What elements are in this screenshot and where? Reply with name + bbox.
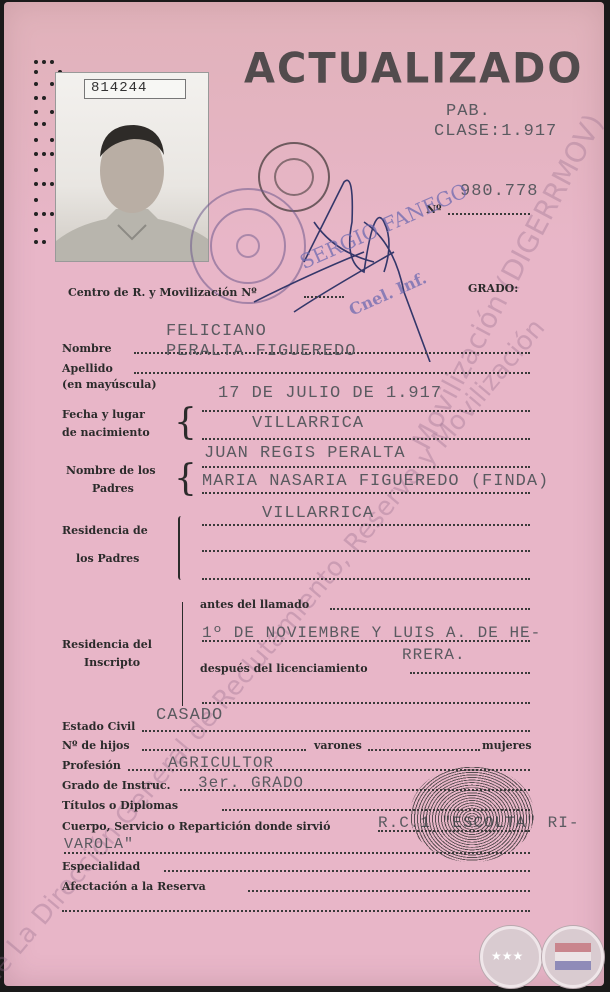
antes-label: antes del llamado <box>200 598 309 611</box>
varones-label: varones <box>314 739 362 752</box>
apellido-value: PERALTA FIGUEREDO <box>166 342 356 361</box>
padre-value: JUAN REGIS PERALTA <box>204 444 406 463</box>
actualizado-stamp: ACTUALIZADO <box>244 45 583 93</box>
residencia-inscripto-label-1: Residencia del <box>62 638 152 651</box>
hijos-dotted-line <box>142 749 306 751</box>
registration-number: 980.778 <box>460 182 538 201</box>
numero-dotted-line <box>448 213 530 215</box>
nacimiento-brace: { <box>174 402 197 443</box>
afectacion-dotted-line <box>248 890 530 892</box>
army-emblem-icon: ★★★ <box>480 926 542 988</box>
despues-label: después del licenciamiento <box>200 662 368 675</box>
nacimiento-label-2: de nacimiento <box>62 426 150 439</box>
madre-value: MARIA NASARIA FIGUEREDO (FINDA) <box>202 472 549 491</box>
photo-id-label: 814244 <box>84 79 186 99</box>
titulos-label: Títulos o Diplomas <box>62 799 178 812</box>
apellido-dotted-line <box>134 372 530 374</box>
residencia-padres-label-1: Residencia de <box>62 524 148 537</box>
cuerpo-label: Cuerpo, Servicio o Repartición donde sir… <box>62 820 330 833</box>
padres-label-2: Padres <box>92 482 134 495</box>
centro-dotted-line <box>304 296 344 298</box>
nombre-value: FELICIANO <box>166 322 267 341</box>
fecha-nacimiento-value: 17 DE JULIO DE 1.917 <box>218 384 442 403</box>
madre-dotted-line <box>202 492 530 494</box>
pab-text: PAB. <box>446 102 491 121</box>
nacimiento-label-1: Fecha y lugar <box>62 408 145 421</box>
centro-label: Centro de R. y Movilización Nº <box>68 286 257 299</box>
antes-dotted-line <box>330 608 530 610</box>
estado-civil-value: CASADO <box>156 706 223 725</box>
person-silhouette-icon <box>56 113 208 261</box>
apellido-label: Apellido <box>62 362 113 375</box>
especialidad-label: Especialidad <box>62 860 140 873</box>
varones-dotted-line <box>368 749 480 751</box>
antes-value-line2: RRERA. <box>402 646 466 664</box>
padres-brace: { <box>174 458 197 499</box>
afectacion-dotted-line-2 <box>62 910 530 912</box>
padres-label-1: Nombre de los <box>66 464 156 477</box>
especialidad-dotted-line <box>164 870 530 872</box>
apellido-sublabel: (en mayúscula) <box>62 378 157 391</box>
grado-instruccion-label: Grado de Instruc. <box>62 779 170 792</box>
residencia-padres-value: VILLARRICA <box>262 504 374 523</box>
estado-civil-dotted-line <box>142 730 530 732</box>
cuerpo-value-line2: VAROLA" <box>64 836 134 853</box>
mujeres-label: mujeres <box>482 739 532 752</box>
lugar-nacimiento-value: VILLARRICA <box>252 414 364 433</box>
nombre-label: Nombre <box>62 342 112 355</box>
residencia-inscripto-label-2: Inscripto <box>84 656 140 669</box>
residencia-padres-dotted-2 <box>202 550 530 552</box>
paraguay-flag-emblem-icon <box>542 926 604 988</box>
despues-dotted-line-2 <box>202 702 530 704</box>
afectacion-label: Afectación a la Reserva <box>62 880 206 893</box>
profesion-label: Profesión <box>62 759 121 772</box>
despues-dotted-line <box>410 672 530 674</box>
residencia-padres-dotted-3 <box>202 578 530 580</box>
residencia-padres-label-2: los Padres <box>76 552 139 565</box>
fingerprint <box>410 766 534 862</box>
fecha-dotted-line <box>202 410 530 412</box>
antes-value-dotted-line <box>202 640 530 642</box>
portrait-photo: 814244 <box>55 72 209 262</box>
grado-label: GRADO: <box>468 282 518 295</box>
padre-dotted-line <box>202 466 530 468</box>
residencia-inscripto-bracket <box>182 602 187 706</box>
registration-card: 814244 ACTUALIZADO PAB. CLASE:1.917 980.… <box>4 2 604 986</box>
estado-civil-label: Estado Civil <box>62 720 135 733</box>
residencia-padres-dotted-1 <box>202 524 530 526</box>
lugar-dotted-line <box>202 438 530 440</box>
clase-text: CLASE:1.917 <box>434 122 557 141</box>
hijos-label: Nº de hijos <box>62 739 130 752</box>
residencia-padres-bracket <box>178 516 184 580</box>
